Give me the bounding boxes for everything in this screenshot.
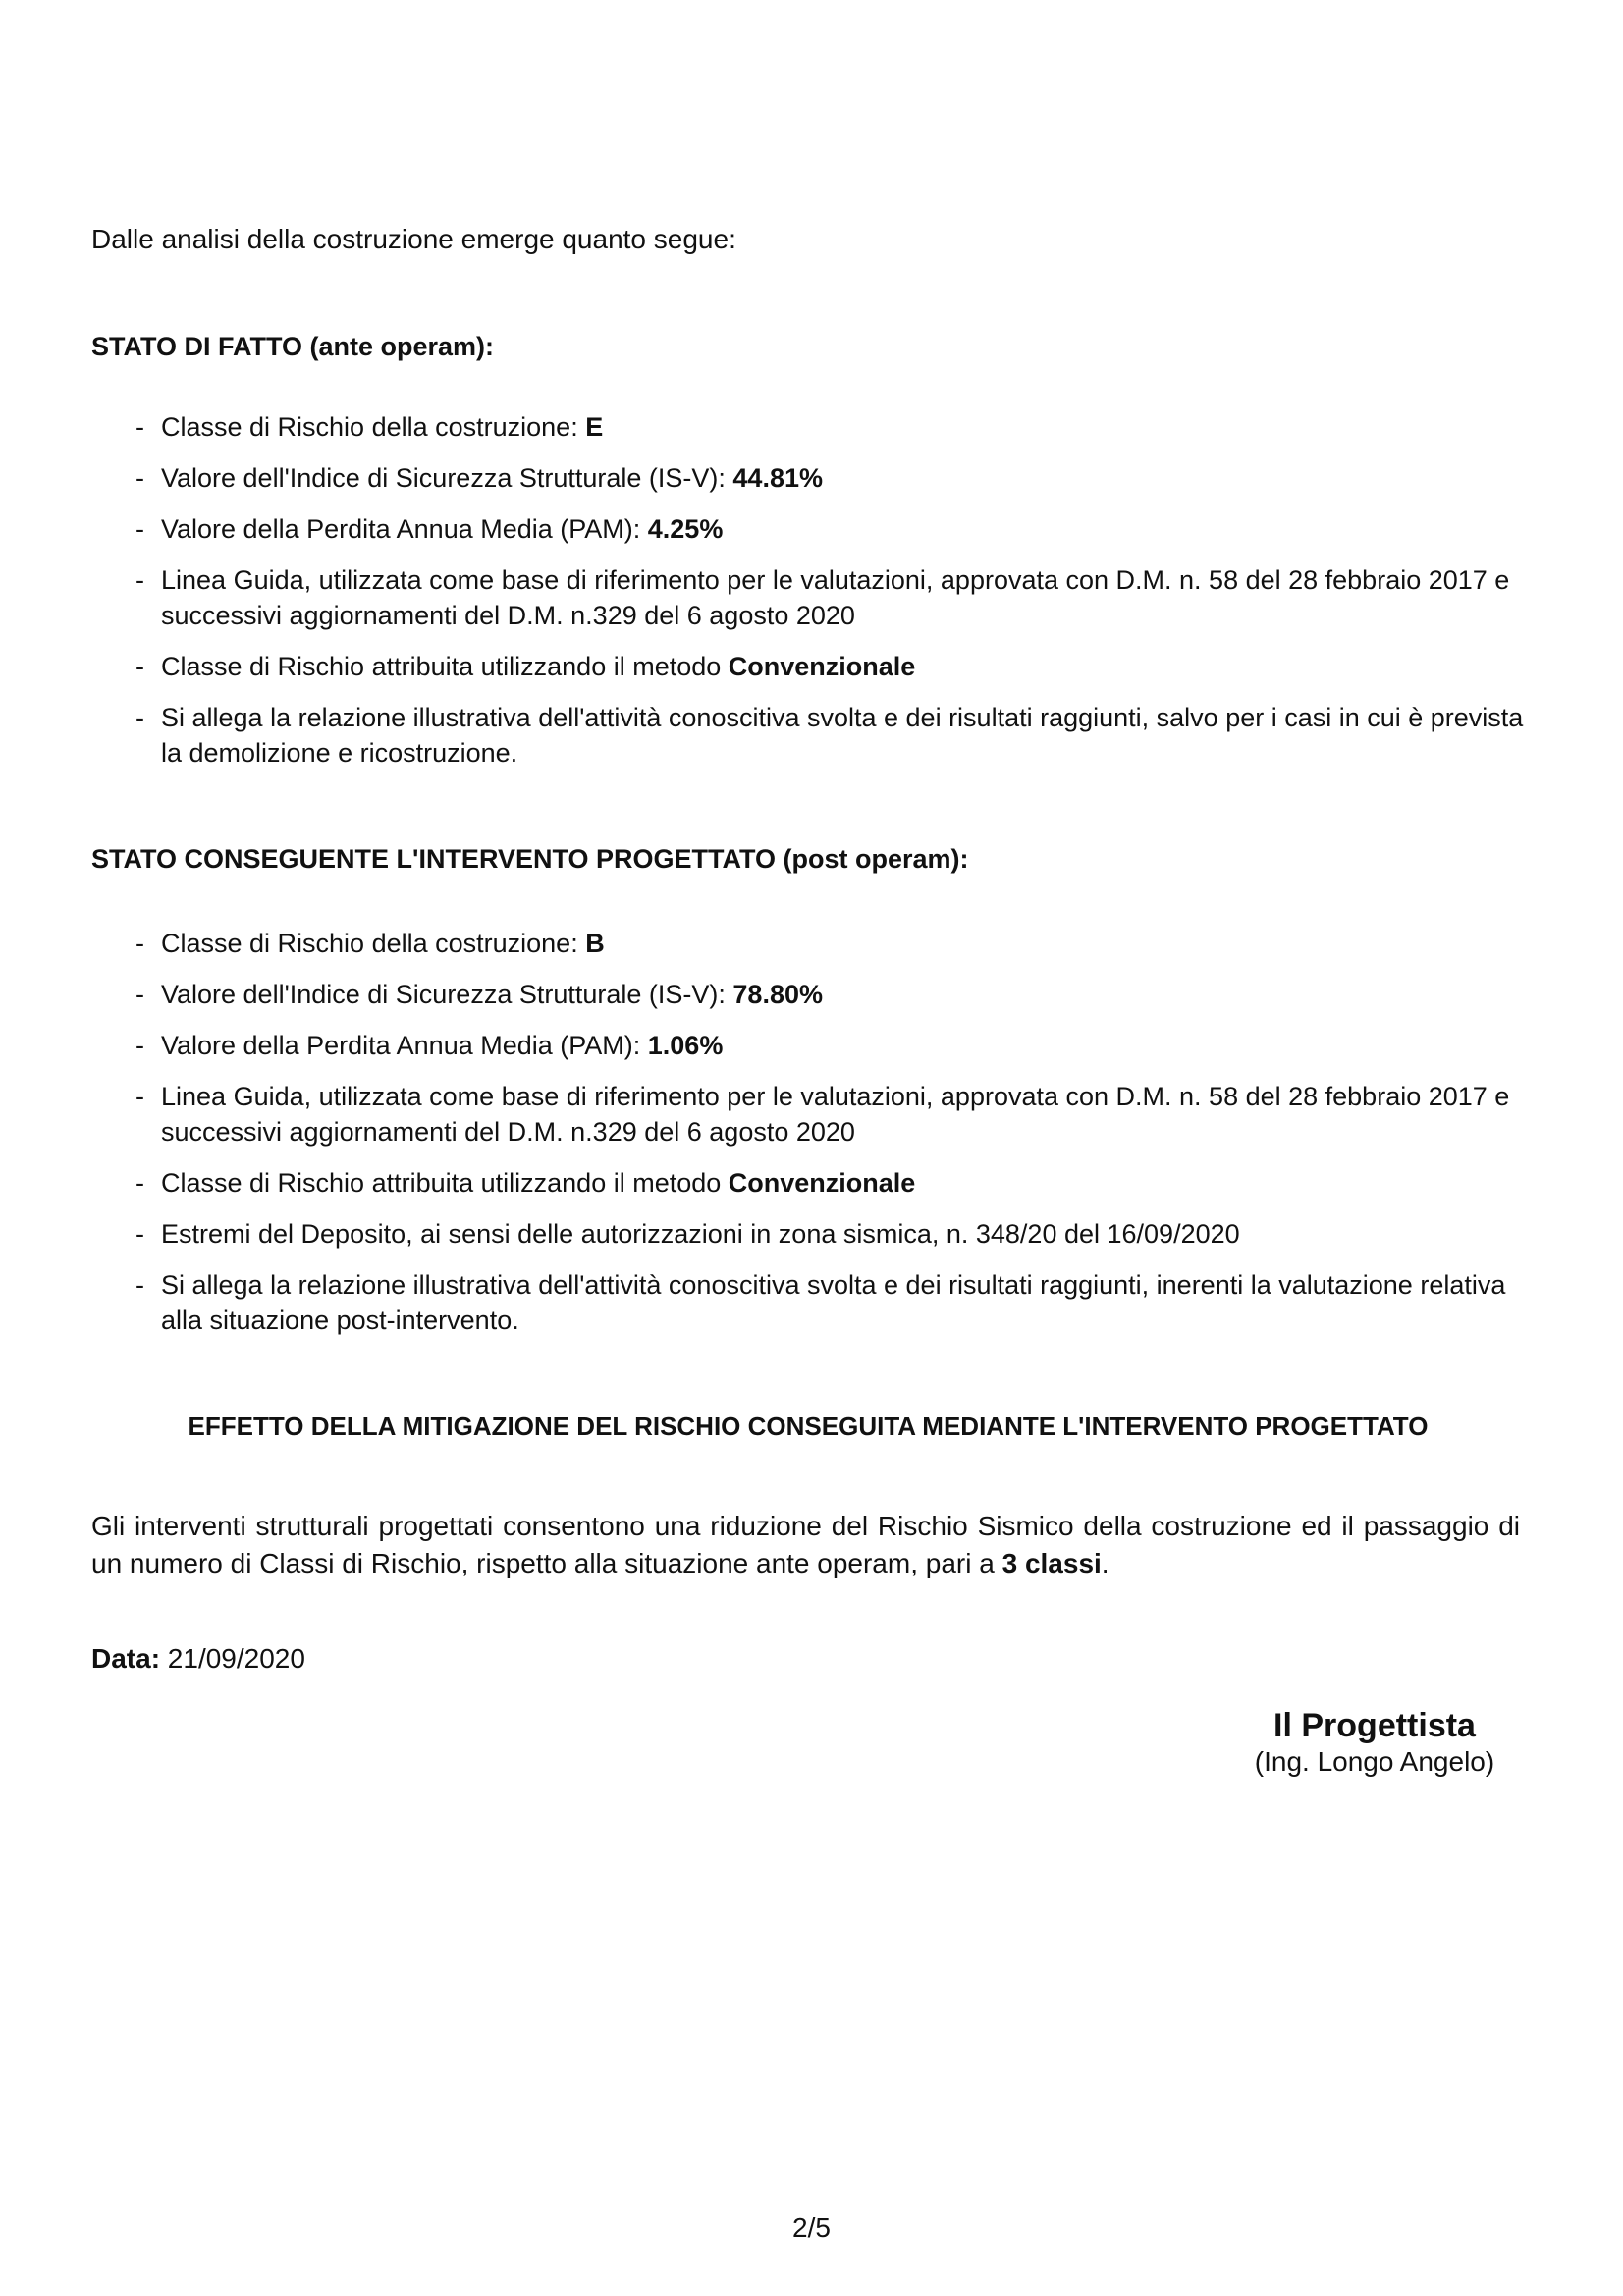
signature-name: (Ing. Longo Angelo) bbox=[1178, 1745, 1571, 1779]
list-item: -Linea Guida, utilizzata come base di ri… bbox=[135, 562, 1530, 633]
effect-paragraph-text: Gli interventi strutturali progettati co… bbox=[91, 1511, 1520, 1578]
list-item: -Classe di Rischio della costruzione: B bbox=[135, 926, 1530, 961]
list-item-text: Classe di Rischio della costruzione: bbox=[161, 412, 585, 442]
list-item-value: Convenzionale bbox=[729, 652, 916, 681]
date-value: 21/09/2020 bbox=[160, 1643, 305, 1674]
list-item-text: Classe di Rischio attribuita utilizzando… bbox=[161, 1168, 729, 1198]
effect-paragraph-end: . bbox=[1102, 1548, 1109, 1578]
signature-title: Il Progettista bbox=[1178, 1706, 1571, 1745]
bullet-dash: - bbox=[135, 649, 144, 684]
list-item: -Classe di Rischio attribuita utilizzand… bbox=[135, 649, 1530, 684]
post-operam-list: -Classe di Rischio della costruzione: B-… bbox=[135, 926, 1530, 1354]
list-item-text: Estremi del Deposito, ai sensi delle aut… bbox=[161, 1219, 1240, 1249]
bullet-dash: - bbox=[135, 700, 144, 735]
list-item-text: Valore dell'Indice di Sicurezza Struttur… bbox=[161, 980, 732, 1009]
list-item-value: 78.80% bbox=[732, 980, 823, 1009]
post-operam-heading: STATO CONSEGUENTE L'INTERVENTO PROGETTAT… bbox=[91, 844, 968, 875]
effect-heading: EFFETTO DELLA MITIGAZIONE DEL RISCHIO CO… bbox=[91, 1412, 1525, 1442]
intro-text: Dalle analisi della costruzione emerge q… bbox=[91, 224, 736, 255]
bullet-dash: - bbox=[135, 1216, 144, 1252]
list-item: -Valore dell'Indice di Sicurezza Struttu… bbox=[135, 460, 1530, 496]
list-item: -Si allega la relazione illustrativa del… bbox=[135, 1267, 1530, 1338]
list-item-text: Classe di Rischio della costruzione: bbox=[161, 929, 585, 958]
bullet-dash: - bbox=[135, 409, 144, 445]
bullet-dash: - bbox=[135, 977, 144, 1012]
signature-block: Il Progettista (Ing. Longo Angelo) bbox=[1178, 1706, 1571, 1779]
list-item-text: Si allega la relazione illustrativa dell… bbox=[161, 1270, 1505, 1335]
list-item: -Valore dell'Indice di Sicurezza Struttu… bbox=[135, 977, 1530, 1012]
list-item-text: Valore dell'Indice di Sicurezza Struttur… bbox=[161, 463, 732, 493]
list-item: -Estremi del Deposito, ai sensi delle au… bbox=[135, 1216, 1530, 1252]
list-item-value: E bbox=[585, 412, 603, 442]
ante-operam-heading: STATO DI FATTO (ante operam): bbox=[91, 332, 494, 362]
list-item-text: Valore della Perdita Annua Media (PAM): bbox=[161, 514, 648, 544]
date-label: Data: bbox=[91, 1643, 160, 1674]
date-line: Data: 21/09/2020 bbox=[91, 1643, 305, 1675]
ante-operam-list: -Classe di Rischio della costruzione: E-… bbox=[135, 409, 1530, 786]
page-number: 2/5 bbox=[0, 2213, 1623, 2244]
list-item-value: 44.81% bbox=[732, 463, 823, 493]
list-item: -Linea Guida, utilizzata come base di ri… bbox=[135, 1079, 1530, 1149]
bullet-dash: - bbox=[135, 1165, 144, 1201]
list-item-value: 1.06% bbox=[648, 1031, 724, 1060]
list-item: -Valore della Perdita Annua Media (PAM):… bbox=[135, 511, 1530, 547]
list-item-text: Classe di Rischio attribuita utilizzando… bbox=[161, 652, 729, 681]
list-item-text: Linea Guida, utilizzata come base di rif… bbox=[161, 1082, 1509, 1147]
list-item: -Si allega la relazione illustrativa del… bbox=[135, 700, 1530, 771]
document-page: Dalle analisi della costruzione emerge q… bbox=[0, 0, 1623, 2296]
bullet-dash: - bbox=[135, 1267, 144, 1303]
list-item: -Valore della Perdita Annua Media (PAM):… bbox=[135, 1028, 1530, 1063]
bullet-dash: - bbox=[135, 460, 144, 496]
list-item-text: Linea Guida, utilizzata come base di rif… bbox=[161, 565, 1509, 630]
bullet-dash: - bbox=[135, 926, 144, 961]
list-item: -Classe di Rischio attribuita utilizzand… bbox=[135, 1165, 1530, 1201]
bullet-dash: - bbox=[135, 1079, 144, 1114]
effect-paragraph: Gli interventi strutturali progettati co… bbox=[91, 1508, 1520, 1582]
bullet-dash: - bbox=[135, 562, 144, 598]
list-item-text: Valore della Perdita Annua Media (PAM): bbox=[161, 1031, 648, 1060]
list-item-text: Si allega la relazione illustrativa dell… bbox=[161, 703, 1523, 768]
list-item: -Classe di Rischio della costruzione: E bbox=[135, 409, 1530, 445]
bullet-dash: - bbox=[135, 1028, 144, 1063]
list-item-value: 4.25% bbox=[648, 514, 724, 544]
effect-paragraph-classes: 3 classi bbox=[1002, 1548, 1102, 1578]
list-item-value: Convenzionale bbox=[729, 1168, 916, 1198]
bullet-dash: - bbox=[135, 511, 144, 547]
list-item-value: B bbox=[585, 929, 605, 958]
